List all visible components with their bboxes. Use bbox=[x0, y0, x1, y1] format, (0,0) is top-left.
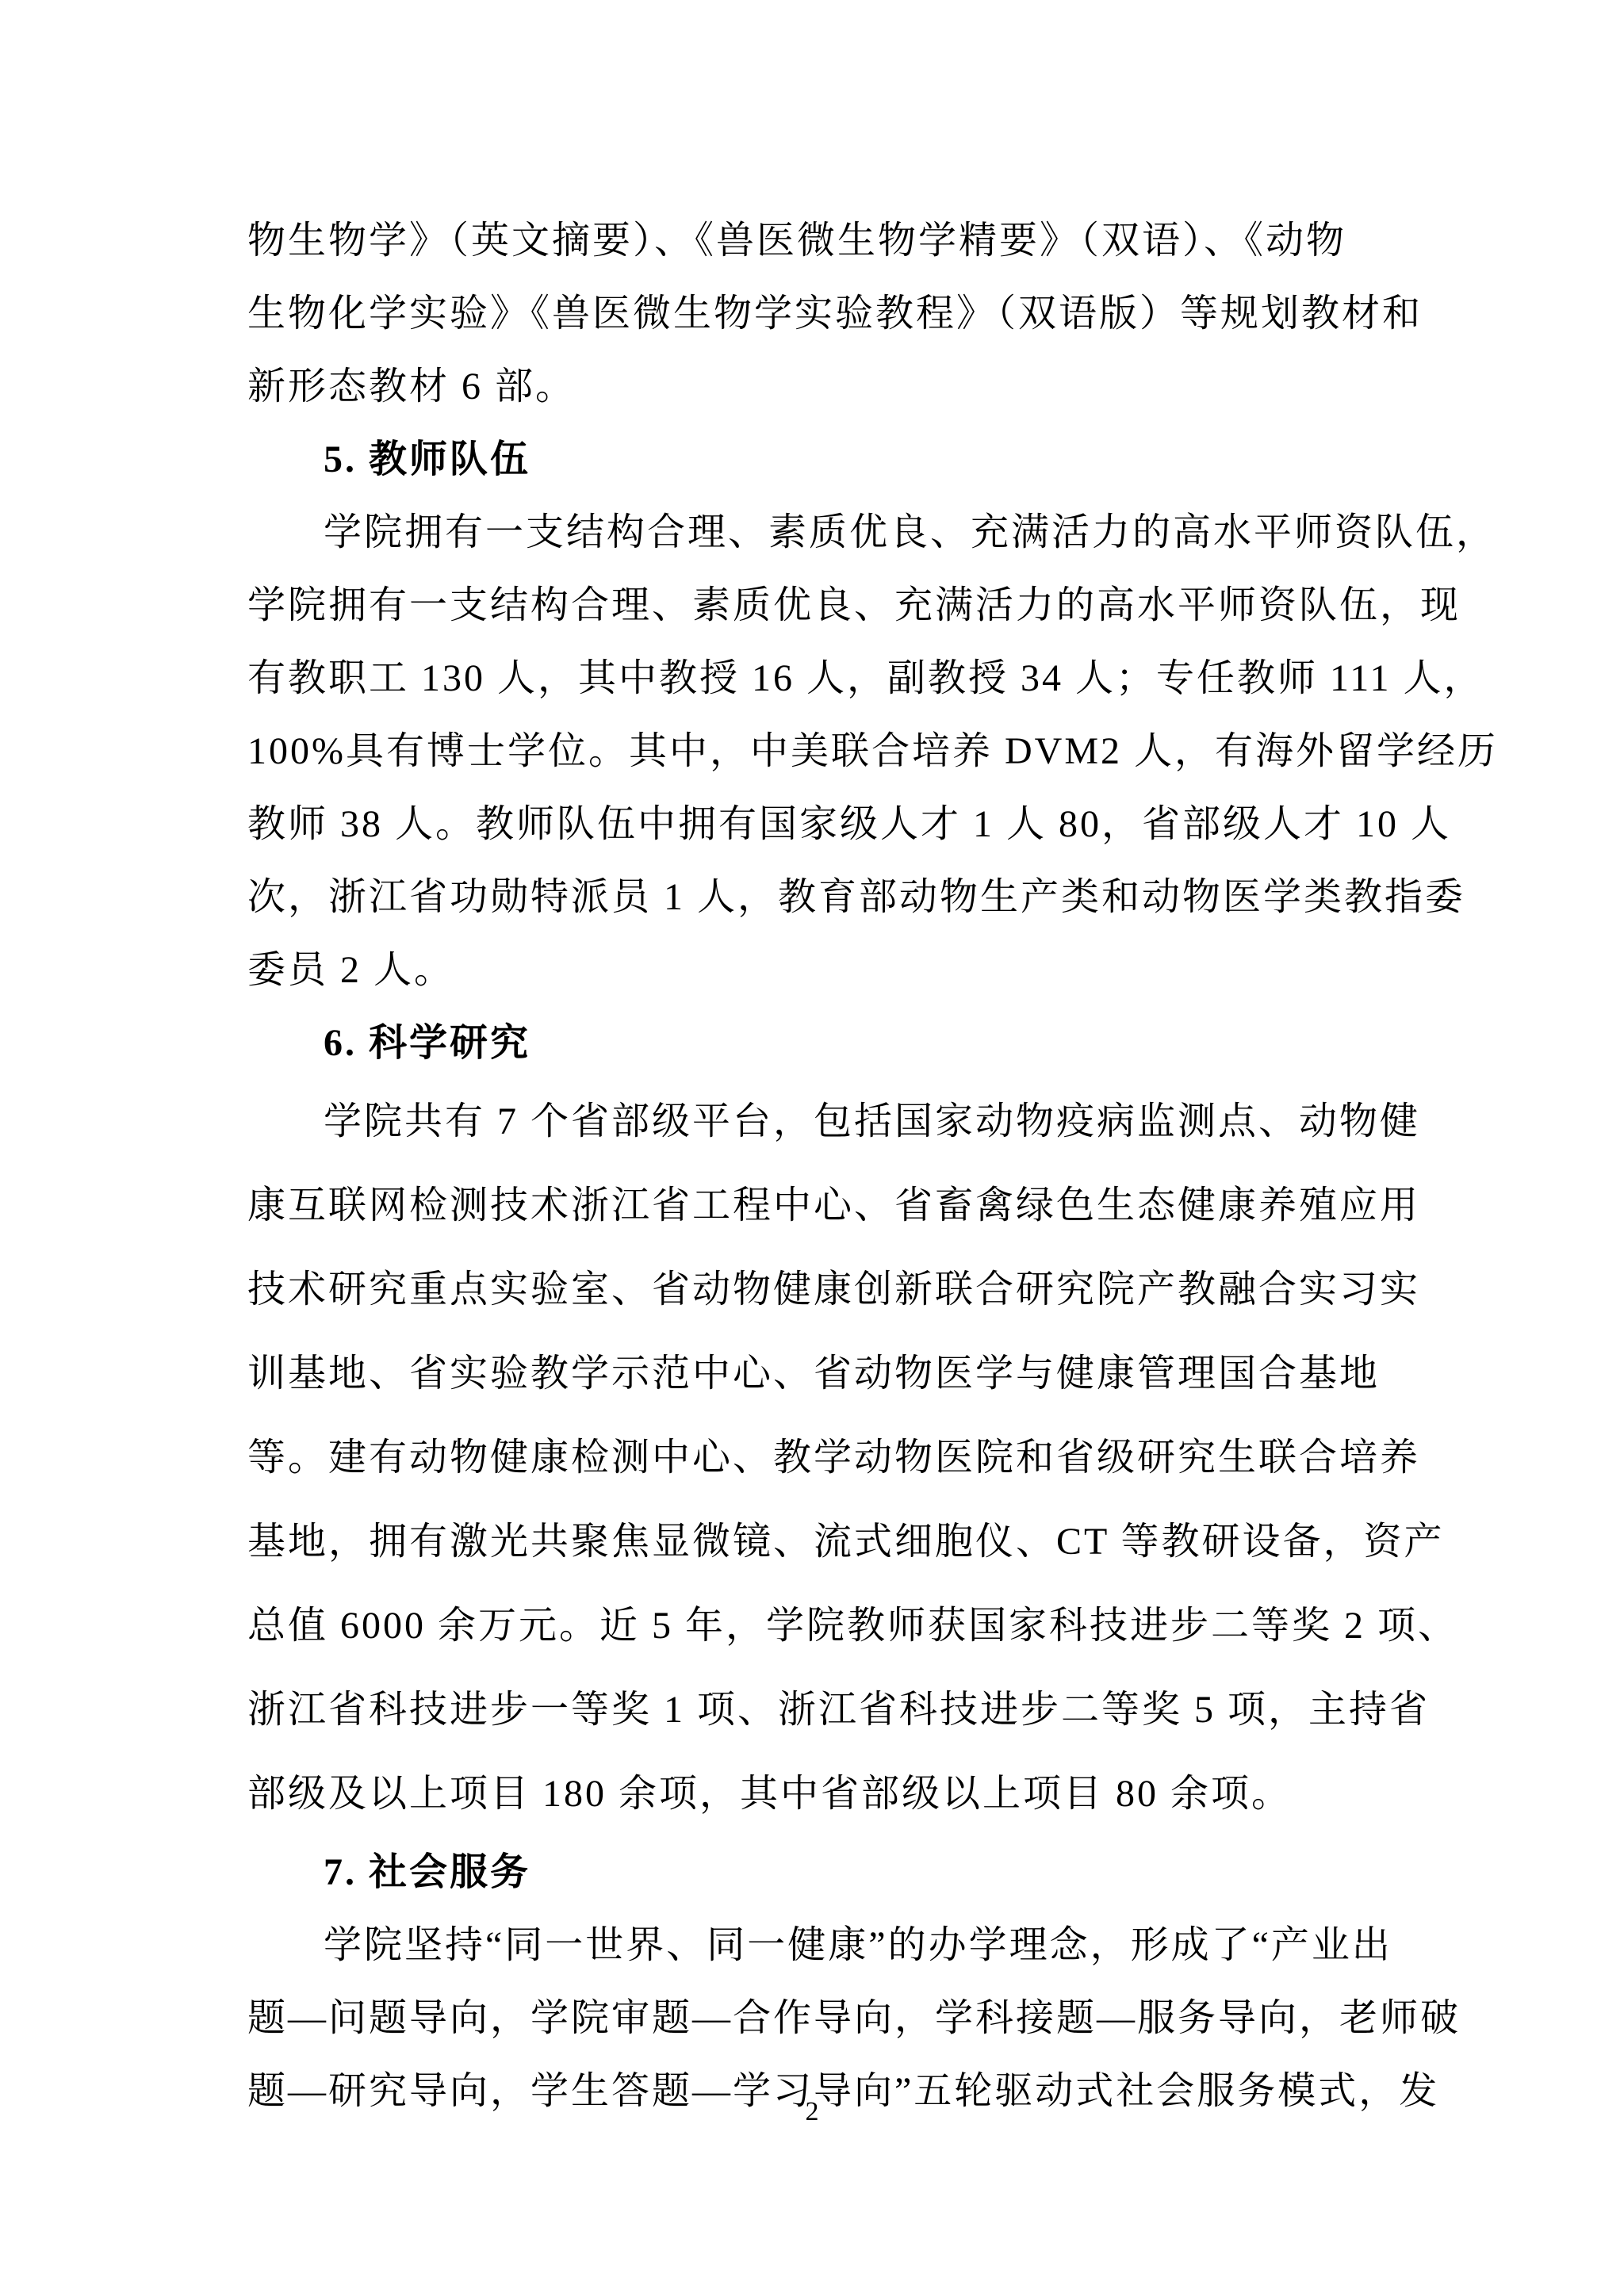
document-page: 物生物学》（英文摘要）、《兽医微生物学精要》（双语）、《动物生物化学实验》《兽医… bbox=[0, 0, 1624, 2296]
text-line: 学院拥有一支结构合理、素质优良、充满活力的高水平师资队伍， bbox=[247, 496, 1386, 569]
text-line: 题—问题导向，学院审题—合作导向，学科接题—服务导向，老师破 bbox=[247, 1982, 1386, 2055]
section-heading: 6. 科学研究 bbox=[247, 1007, 1386, 1080]
text-line: 基地，拥有激光共聚焦显微镜、流式细胞仪、CT 等教研设备，资产 bbox=[247, 1500, 1386, 1584]
text-line: 学院拥有一支结构合理、素质优良、充满活力的高水平师资队伍，现 bbox=[247, 569, 1386, 642]
text-line: 物生物学》（英文摘要）、《兽医微生物学精要》（双语）、《动物 bbox=[247, 205, 1386, 277]
text-line: 委员 2 人。 bbox=[247, 934, 1386, 1007]
text-line: 学院共有 7 个省部级平台，包括国家动物疫病监测点、动物健 bbox=[247, 1080, 1386, 1164]
section-heading: 5. 教师队伍 bbox=[247, 423, 1386, 496]
text-line: 100%具有博士学位。其中，中美联合培养 DVM2 人，有海外留学经历 bbox=[247, 715, 1386, 788]
section-heading: 7. 社会服务 bbox=[247, 1836, 1386, 1909]
text-line: 新形态教材 6 部。 bbox=[247, 350, 1386, 423]
document-body: 物生物学》（英文摘要）、《兽医微生物学精要》（双语）、《动物生物化学实验》《兽医… bbox=[247, 205, 1386, 2128]
text-line: 次，浙江省功勋特派员 1 人，教育部动物生产类和动物医学类教指委 bbox=[247, 861, 1386, 934]
text-line: 浙江省科技进步一等奖 1 项、浙江省科技进步二等奖 5 项，主持省 bbox=[247, 1668, 1386, 1752]
text-line: 教师 38 人。教师队伍中拥有国家级人才 1 人 80，省部级人才 10 人 bbox=[247, 788, 1386, 861]
text-line: 学院坚持“同一世界、同一健康”的办学理念，形成了“产业出 bbox=[247, 1909, 1386, 1982]
text-line: 总值 6000 余万元。近 5 年，学院教师获国家科技进步二等奖 2 项、 bbox=[247, 1584, 1386, 1668]
text-line: 部级及以上项目 180 余项，其中省部级以上项目 80 余项。 bbox=[247, 1752, 1386, 1836]
text-line: 训基地、省实验教学示范中心、省动物医学与健康管理国合基地 bbox=[247, 1332, 1386, 1416]
page-number: 2 bbox=[0, 2095, 1624, 2130]
text-line: 技术研究重点实验室、省动物健康创新联合研究院产教融合实习实 bbox=[247, 1248, 1386, 1332]
text-line: 等。建有动物健康检测中心、教学动物医院和省级研究生联合培养 bbox=[247, 1416, 1386, 1500]
text-line: 生物化学实验》《兽医微生物学实验教程》（双语版）等规划教材和 bbox=[247, 277, 1386, 350]
text-line: 康互联网检测技术浙江省工程中心、省畜禽绿色生态健康养殖应用 bbox=[247, 1164, 1386, 1248]
text-line: 有教职工 130 人，其中教授 16 人，副教授 34 人；专任教师 111 人… bbox=[247, 642, 1386, 715]
